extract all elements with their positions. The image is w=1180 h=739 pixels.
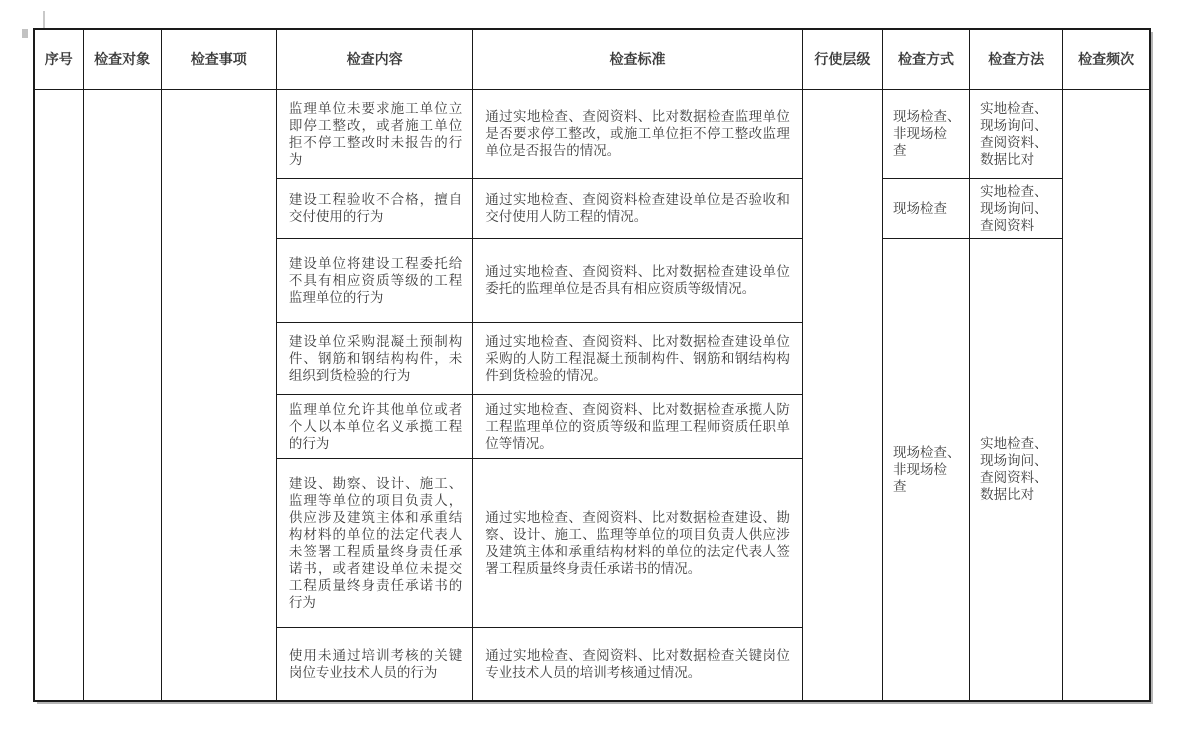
cell-method: 实地检查、 现场询问、 查阅资料、 数据比对 <box>970 89 1063 178</box>
cell-mode: 现场检查、 非现场检 查 <box>882 89 969 178</box>
cell-level-merged <box>802 89 882 701</box>
header-content: 检查内容 <box>276 29 472 89</box>
cell-content: 监理单位未要求施工单位立即停工整改，或者施工单位拒不停工整改时未报告的行为 <box>276 89 472 178</box>
cell-standard: 通过实地检查、查阅资料、比对数据检查建设、勘察、设计、施工、监理等单位的项目负责… <box>473 458 803 627</box>
header-seq: 序号 <box>34 29 83 89</box>
cell-method: 实地检查、 现场询问、 查阅资料 <box>970 178 1063 238</box>
cell-content: 建设工程验收不合格，擅自交付使用的行为 <box>276 178 472 238</box>
page-corner-mark <box>22 29 28 38</box>
header-mode: 检查方式 <box>882 29 969 89</box>
inspection-table: 序号 检查对象 检查事项 检查内容 检查标准 行使层级 检查方式 检查方法 检查… <box>33 28 1151 702</box>
cell-frequency-merged <box>1063 89 1150 701</box>
header-item: 检查事项 <box>161 29 276 89</box>
cell-object-merged <box>83 89 161 701</box>
cell-content: 建设单位将建设工程委托给不具有相应资质等级的工程监理单位的行为 <box>276 238 472 322</box>
cell-standard: 通过实地检查、查阅资料、比对数据检查监理单位是否要求停工整改，或施工单位拒不停工… <box>473 89 803 178</box>
cell-content: 监理单位允许其他单位或者个人以本单位名义承揽工程的行为 <box>276 394 472 458</box>
document-page: 序号 检查对象 检查事项 检查内容 检查标准 行使层级 检查方式 检查方法 检查… <box>0 0 1180 739</box>
cell-content: 建设、勘察、设计、施工、监理等单位的项目负责人，供应涉及建筑主体和承重结构材料的… <box>276 458 472 627</box>
header-standard: 检查标准 <box>473 29 803 89</box>
cell-standard: 通过实地检查、查阅资料、比对数据检查关键岗位专业技术人员的培训考核通过情况。 <box>473 627 803 701</box>
header-method: 检查方法 <box>970 29 1063 89</box>
cell-mode-merged: 现场检查、 非现场检 查 <box>882 238 969 701</box>
page-margin-mark <box>43 11 45 28</box>
header-level: 行使层级 <box>802 29 882 89</box>
cell-seq-merged <box>34 89 83 701</box>
table-row: 监理单位未要求施工单位立即停工整改，或者施工单位拒不停工整改时未报告的行为 通过… <box>34 89 1150 178</box>
cell-item-merged <box>161 89 276 701</box>
cell-content: 建设单位采购混凝土预制构件、钢筋和钢结构构件，未组织到货检验的行为 <box>276 322 472 394</box>
header-frequency: 检查频次 <box>1063 29 1150 89</box>
cell-standard: 通过实地检查、查阅资料检查建设单位是否验收和交付使用人防工程的情况。 <box>473 178 803 238</box>
cell-standard: 通过实地检查、查阅资料、比对数据检查承揽人防工程监理单位的资质等级和监理工程师资… <box>473 394 803 458</box>
cell-content: 使用未通过培训考核的关键岗位专业技术人员的行为 <box>276 627 472 701</box>
cell-mode: 现场检查 <box>882 178 969 238</box>
cell-standard: 通过实地检查、查阅资料、比对数据检查建设单位采购的人防工程混凝土预制构件、钢筋和… <box>473 322 803 394</box>
header-row: 序号 检查对象 检查事项 检查内容 检查标准 行使层级 检查方式 检查方法 检查… <box>34 29 1150 89</box>
cell-standard: 通过实地检查、查阅资料、比对数据检查建设单位委托的监理单位是否具有相应资质等级情… <box>473 238 803 322</box>
cell-method-merged: 实地检查、 现场询问、 查阅资料、 数据比对 <box>970 238 1063 701</box>
header-object: 检查对象 <box>83 29 161 89</box>
